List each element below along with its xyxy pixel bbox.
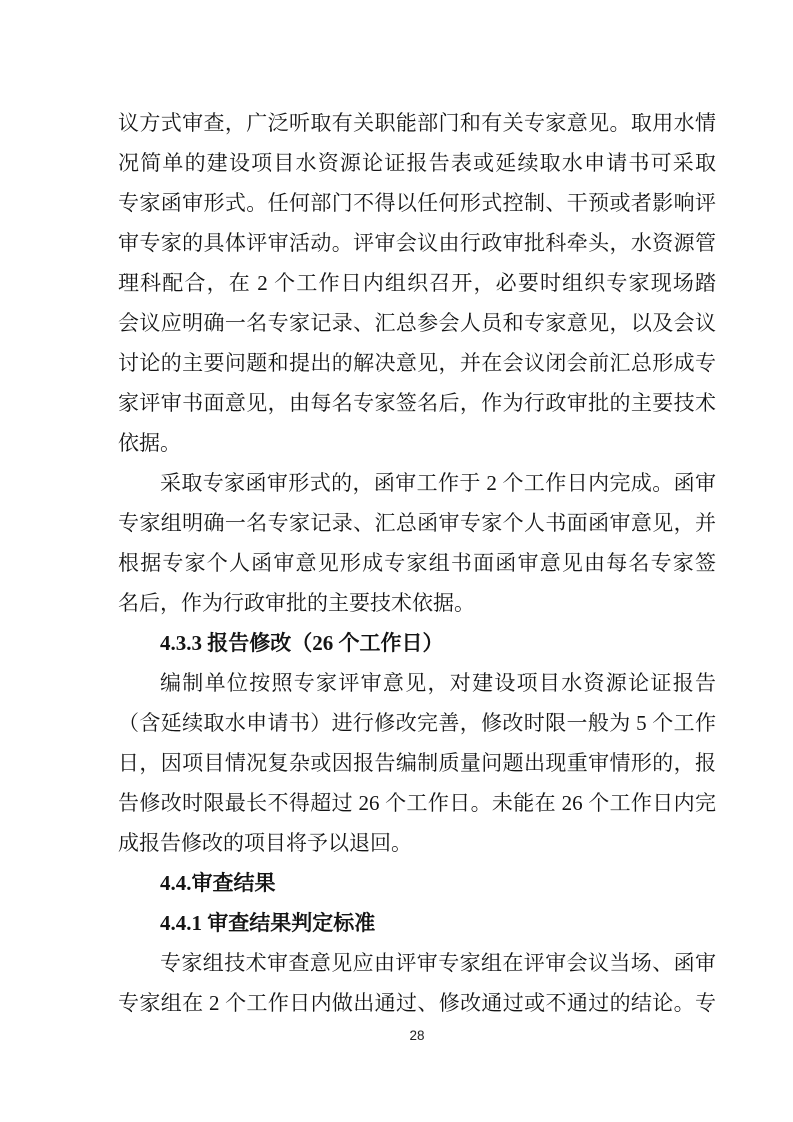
text-line: 成报告修改的项目将予以退回。 [118, 823, 716, 863]
text-line: 专家组在 2 个工作日内做出通过、修改通过或不通过的结论。专 [118, 983, 716, 1023]
document-body-text: 议方式审查，广泛听取有关职能部门和有关专家意见。取用水情 况简单的建设项目水资源… [118, 103, 716, 1023]
text-line: 采取专家函审形式的，函审工作于 2 个工作日内完成。函审 [118, 463, 716, 503]
heading-4-3-3: 4.3.3 报告修改（26 个工作日） [118, 623, 716, 663]
text-line: 专家函审形式。任何部门不得以任何形式控制、干预或者影响评 [118, 183, 716, 223]
paragraph-report-revision: 编制单位按照专家评审意见，对建设项目水资源论证报告 （含延续取水申请书）进行修改… [118, 663, 716, 863]
text-line: 议方式审查，广泛听取有关职能部门和有关专家意见。取用水情 [118, 103, 716, 143]
text-line: 理科配合，在 2 个工作日内组织召开，必要时组织专家现场踏勘。 [118, 263, 716, 303]
text-line: 名后，作为行政审批的主要技术依据。 [118, 583, 716, 623]
text-line: 编制单位按照专家评审意见，对建设项目水资源论证报告 [118, 663, 716, 703]
page-number: 28 [118, 1028, 716, 1050]
text-line: 专家组技术审查意见应由评审专家组在评审会议当场、函审 [118, 943, 716, 983]
text-line: 会议应明确一名专家记录、汇总参会人员和专家意见，以及会议 [118, 303, 716, 343]
paragraph-letter-review: 采取专家函审形式的，函审工作于 2 个工作日内完成。函审 专家组明确一名专家记录… [118, 463, 716, 623]
text-line: 审专家的具体评审活动。评审会议由行政审批科牵头，水资源管 [118, 223, 716, 263]
text-line: 告修改时限最长不得超过 26 个工作日。未能在 26 个工作日内完 [118, 783, 716, 823]
text-line: 日，因项目情况复杂或因报告编制质量问题出现重审情形的，报 [118, 743, 716, 783]
paragraph-review-meeting: 议方式审查，广泛听取有关职能部门和有关专家意见。取用水情 况简单的建设项目水资源… [118, 103, 716, 463]
text-line: 况简单的建设项目水资源论证报告表或延续取水申请书可采取 [118, 143, 716, 183]
text-line: 家评审书面意见，由每名专家签名后，作为行政审批的主要技术 [118, 383, 716, 423]
text-line: 依据。 [118, 423, 716, 463]
text-line: 根据专家个人函审意见形成专家组书面函审意见由每名专家签 [118, 543, 716, 583]
text-line: 讨论的主要问题和提出的解决意见，并在会议闭会前汇总形成专 [118, 343, 716, 383]
text-line: （含延续取水申请书）进行修改完善，修改时限一般为 5 个工作 [118, 703, 716, 743]
document-page: 议方式审查，广泛听取有关职能部门和有关专家意见。取用水情 况简单的建设项目水资源… [0, 0, 793, 1122]
paragraph-review-result: 专家组技术审查意见应由评审专家组在评审会议当场、函审 专家组在 2 个工作日内做… [118, 943, 716, 1023]
text-line: 专家组明确一名专家记录、汇总函审专家个人书面函审意见，并 [118, 503, 716, 543]
heading-4-4-1: 4.4.1 审查结果判定标准 [118, 903, 716, 943]
heading-4-4: 4.4.审查结果 [118, 863, 716, 903]
